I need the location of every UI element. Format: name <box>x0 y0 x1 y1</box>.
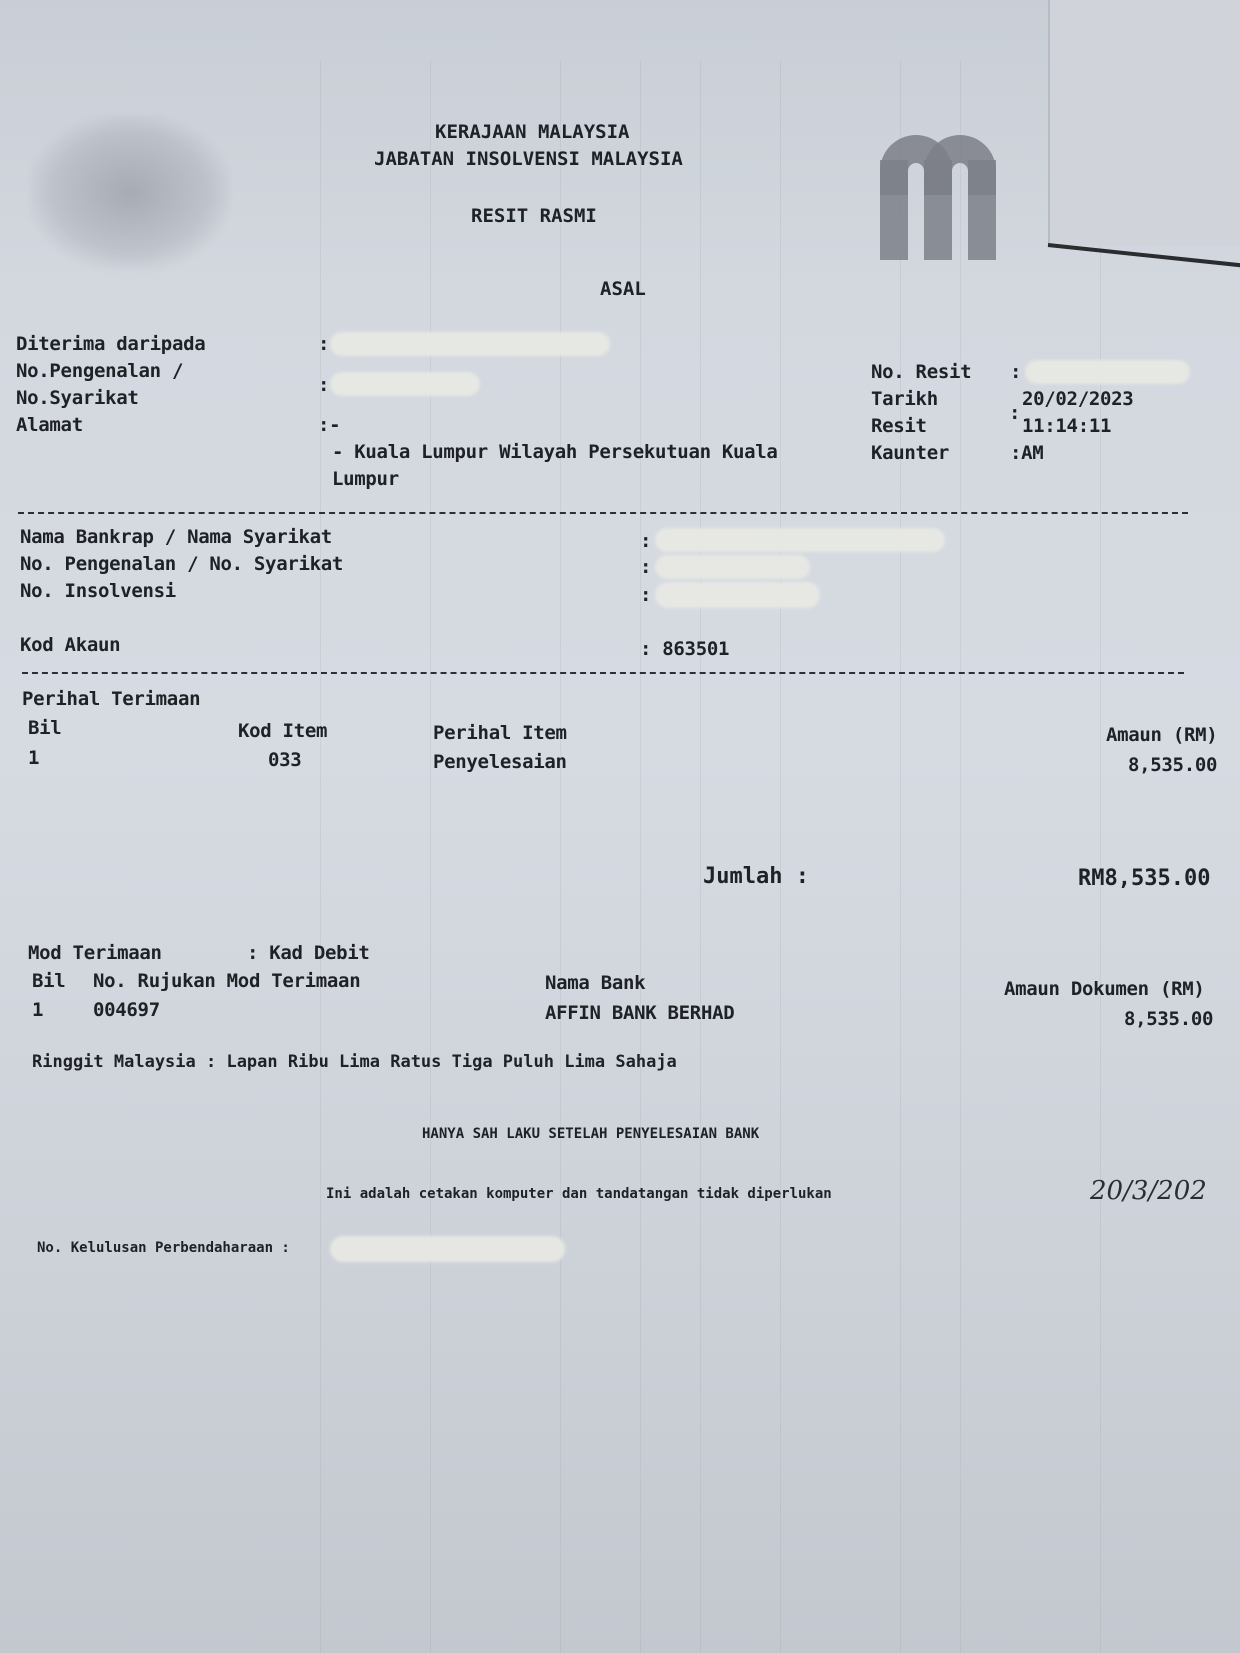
handwritten-date-note: 20/3/202 <box>1090 1176 1207 1206</box>
payment-col-bil: Bil <box>32 970 65 992</box>
treasury-approval-label: No. Kelulusan Perbendaharaan : <box>37 1240 290 1256</box>
copy-type: ASAL <box>600 278 646 300</box>
address-label: Alamat <box>16 414 83 436</box>
payment-reference: 004697 <box>93 999 160 1021</box>
payer-id-label-1: No.Pengenalan / <box>16 360 183 382</box>
received-from-label: Diterima daripada <box>16 333 205 355</box>
payer-id-colon: : <box>318 374 329 396</box>
bankrupt-name-value-redacted <box>655 528 945 552</box>
items-col-description: Perihal Item <box>433 722 567 744</box>
received-from-colon: : <box>318 333 329 355</box>
payment-col-amount: Amaun Dokumen (RM) <box>1004 978 1205 1000</box>
item-amount: 8,535.00 <box>1128 754 1217 776</box>
total-value: RM8,535.00 <box>1078 866 1210 891</box>
items-col-bil: Bil <box>28 717 61 739</box>
payment-amount: 8,535.00 <box>1124 1008 1213 1030</box>
receipt-no-label: No. Resit <box>871 361 971 383</box>
payment-col-reference: No. Rujukan Mod Terimaan <box>93 970 360 992</box>
bankrupt-id-colon: : <box>640 556 651 578</box>
counter-value: :AM <box>1010 442 1043 464</box>
header-department: JABATAN INSOLVENSI MALAYSIA <box>374 148 683 170</box>
computer-print-note: Ini adalah cetakan komputer dan tandatan… <box>326 1186 832 1202</box>
insolvency-no-value-redacted <box>655 582 820 608</box>
items-col-code: Kod Item <box>238 720 327 742</box>
payment-bank: AFFIN BANK BERHAD <box>545 1002 734 1024</box>
account-code-label: Kod Akaun <box>20 634 120 656</box>
receipt-title: RESIT RASMI <box>471 205 597 227</box>
date-value: 20/02/2023 <box>1022 388 1133 410</box>
items-col-amount: Amaun (RM) <box>1106 724 1217 746</box>
payer-id-value-redacted <box>330 372 480 396</box>
insolvency-no-colon: : <box>640 584 651 606</box>
address-line-1: - Kuala Lumpur Wilayah Persekutuan Kuala <box>332 441 778 463</box>
bankrupt-id-value-redacted <box>655 555 810 579</box>
receipt-no-colon: : <box>1010 361 1021 383</box>
paper-fold <box>1048 0 1240 245</box>
address-line-2: Lumpur <box>332 468 399 490</box>
divider-2 <box>22 672 1184 674</box>
received-from-value-redacted <box>330 332 610 356</box>
payer-id-label-2: No.Syarikat <box>16 387 139 409</box>
divider-1 <box>18 512 1188 514</box>
date-time-colon: : <box>1009 402 1020 424</box>
time-label: Resit <box>871 415 927 437</box>
receipt-no-value-redacted <box>1025 360 1190 384</box>
bankrupt-name-colon: : <box>640 530 651 552</box>
insolvency-no-label: No. Insolvensi <box>20 580 176 602</box>
validity-note: HANYA SAH LAKU SETELAH PENYELESAIAN BANK <box>422 1126 759 1142</box>
date-label: Tarikh <box>871 388 938 410</box>
total-label: Jumlah : <box>703 864 809 889</box>
payment-mode-value: : Kad Debit <box>247 942 370 964</box>
payment-mode-label: Mod Terimaan <box>28 942 162 964</box>
payment-col-bank: Nama Bank <box>545 972 645 994</box>
payment-bil: 1 <box>32 999 43 1021</box>
time-value: 11:14:11 <box>1022 415 1111 437</box>
bankrupt-id-label: No. Pengenalan / No. Syarikat <box>20 553 343 575</box>
counter-label: Kaunter <box>871 442 949 464</box>
amount-in-words: Ringgit Malaysia : Lapan Ribu Lima Ratus… <box>32 1052 677 1072</box>
header-government: KERAJAAN MALAYSIA <box>435 121 629 143</box>
items-section-title: Perihal Terimaan <box>22 688 200 710</box>
item-description: Penyelesaian <box>433 751 567 773</box>
bankrupt-name-label: Nama Bankrap / Nama Syarikat <box>20 526 332 548</box>
address-line-0: :- <box>318 414 340 436</box>
item-code: 033 <box>268 749 301 771</box>
paper-fold-edge <box>1048 243 1240 268</box>
malaysia-coat-of-arms-logo <box>30 115 230 270</box>
account-code-value: : 863501 <box>640 638 729 660</box>
mydigital-m-logo <box>880 135 1000 260</box>
treasury-approval-value-redacted <box>330 1236 565 1262</box>
item-bil: 1 <box>28 747 39 769</box>
